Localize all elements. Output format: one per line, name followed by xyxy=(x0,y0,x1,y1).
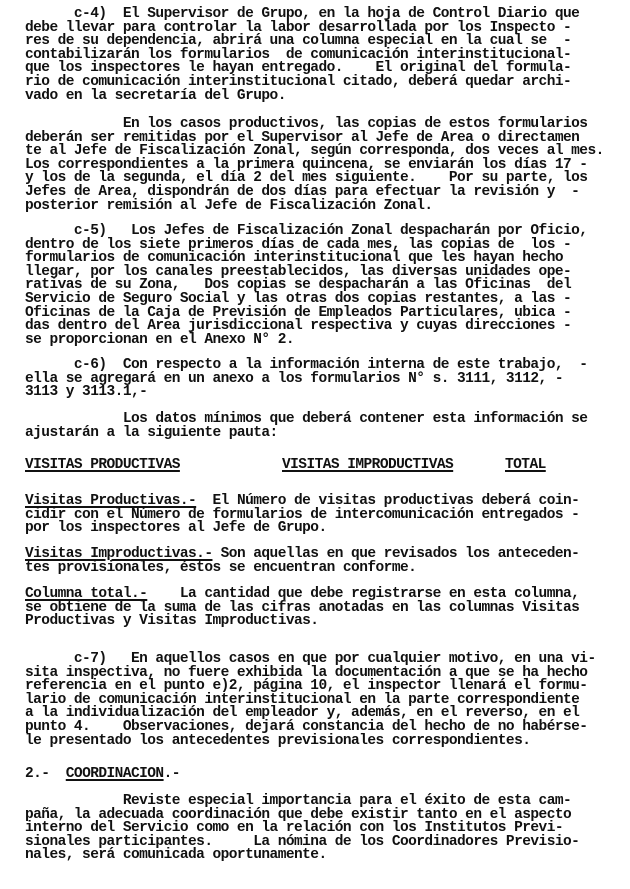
text-line: Servicio de Seguro Social y las otras do… xyxy=(25,292,571,306)
column-header-total: TOTAL xyxy=(505,458,546,472)
text-line: Visitas Improductivas.- Son aquellas en … xyxy=(25,547,579,561)
document-page: c-4) El Supervisor de Grupo, en la hoja … xyxy=(0,0,630,889)
text-line: Reviste especial importancia para el éxi… xyxy=(25,794,571,808)
text-line: c-4) El Supervisor de Grupo, en la hoja … xyxy=(25,7,579,21)
text-line: 3113 y 3113.1,- xyxy=(25,385,147,399)
text-line: Columna total.- La cantidad que debe reg… xyxy=(25,587,579,601)
text-line: se proporcionan en el Anexo N° 2. xyxy=(25,333,294,347)
text-line: punto 4. Observaciones, dejará constanci… xyxy=(25,720,587,734)
section-title: COORDINACION xyxy=(66,766,164,782)
text-line: Visitas Productivas.- El Número de visit… xyxy=(25,494,579,508)
column-header-unproductive: VISITAS IMPRODUCTIVAS xyxy=(282,458,453,472)
text-line: c-6) Con respecto a la información inter… xyxy=(25,358,587,372)
text-line: En los casos productivos, las copias de … xyxy=(25,117,587,131)
text-line: c-7) En aquellos casos en que por cualqu… xyxy=(25,652,596,666)
text-line: c-5) Los Jefes de Fiscalización Zonal de… xyxy=(25,224,587,238)
text-line: por los inspectores al Jefe de Grupo. xyxy=(25,521,327,535)
text-line: nales, será comunicada oportunamente. xyxy=(25,848,327,862)
text-line: ajustarán a la siguiente pauta: xyxy=(25,426,278,440)
section-heading: 2.- COORDINACION.- xyxy=(25,767,180,781)
section-number: 2.- xyxy=(25,766,66,782)
text-line: Productivas y Visitas Improductivas. xyxy=(25,614,318,628)
text-line: tes provisionales, éstos se encuentran c… xyxy=(25,561,416,575)
text-line: le presentado los antecedentes prevision… xyxy=(25,734,530,748)
text-line: Los datos mínimos que deberá contener es… xyxy=(25,412,587,426)
text-line: rio de comunicación interinstitucional c… xyxy=(25,75,571,89)
text-line: vado en la secretaría del Grupo. xyxy=(25,89,286,103)
text-line: Jefes de Area, dispondrán de dos días pa… xyxy=(25,185,579,199)
text-line: posterior remisión al Jefe de Fiscalizac… xyxy=(25,199,433,213)
section-suffix: .- xyxy=(164,766,180,782)
column-header-productive: VISITAS PRODUCTIVAS xyxy=(25,458,180,472)
